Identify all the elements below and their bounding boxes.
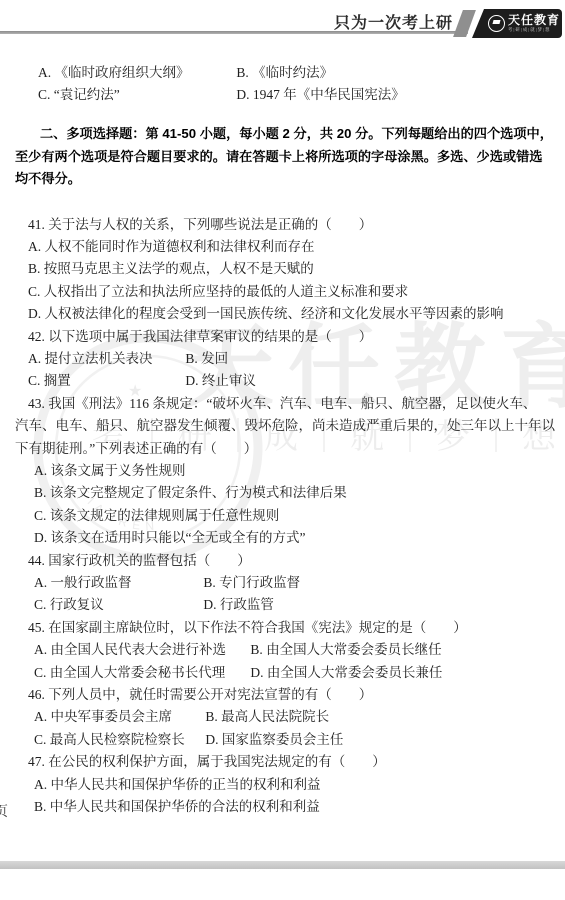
option-row: C. “袁记约法” D. 1947 年《中华民国宪法》 xyxy=(15,84,553,106)
option-d: D. 行政监管 xyxy=(203,597,274,612)
logo-stripe-decoration xyxy=(453,10,476,37)
section-intro-line: 二、多项选择题：第 41-50 小题，每小题 2 分，共 20 分。下列每题给出… xyxy=(15,123,553,145)
option-row: C. 行政复议 D. 行政监管 xyxy=(15,594,553,616)
option-d: D. 终止审议 xyxy=(185,373,256,388)
option-d: D. 人权被法律化的程度会受到一国民族传统、经济和文化发展水平等因素的影响 xyxy=(15,303,553,325)
section-intro-line: 至少有两个选项是符合题目要求的。请在答题卡上将所选项的字母涂黑。多选、少选或错选 xyxy=(15,146,553,168)
option-b: B. 专门行政监督 xyxy=(203,575,300,590)
bottom-divider-bar xyxy=(0,861,565,869)
header-slogan: 只为一次考上研 xyxy=(334,10,453,33)
question-stem: 41. 关于法与人权的关系，下列哪些说法是正确的（ ） xyxy=(15,214,553,236)
option-d: D. 国家监察委员会主任 xyxy=(205,732,343,747)
question-46: 46. 下列人员中，就任时需要公开对宪法宣誓的有（ ） A. 中央军事委员会主席… xyxy=(15,684,553,751)
option-b: B. 该条文完整规定了假定条件、行为模式和法律后果 xyxy=(15,482,553,504)
question-41: 41. 关于法与人权的关系，下列哪些说法是正确的（ ） A. 人权不能同时作为道… xyxy=(15,214,553,326)
option-c: C. “袁记约法” xyxy=(38,84,233,106)
option-a: A. 提付立法机关表决 xyxy=(28,348,182,370)
option-a: A. 中央军事委员会主席 xyxy=(34,706,202,728)
logo-emblem-icon xyxy=(488,15,505,32)
option-c: C. 由全国人大常委会秘书长代理 xyxy=(34,662,247,684)
question-stem-line: 下有期徒刑。”下列表述正确的有（ ） xyxy=(15,438,553,460)
option-row: C. 由全国人大常委会秘书长代理 D. 由全国人大常委会委员长兼任 xyxy=(15,662,553,684)
option-a: A. 该条文属于义务性规则 xyxy=(15,460,553,482)
section-intro: 二、多项选择题：第 41-50 小题，每小题 2 分，共 20 分。下列每题给出… xyxy=(15,123,553,190)
question-42: 42. 以下选项中属于我国法律草案审议的结果的是（ ） A. 提付立法机关表决 … xyxy=(15,326,553,393)
option-row: A. 一般行政监督 B. 专门行政监督 xyxy=(15,572,553,594)
question-stem: 44. 国家行政机关的监督包括（ ） xyxy=(15,550,553,572)
question-stem: 45. 在国家副主席缺位时，以下作法不符合我国《宪法》规定的是（ ） xyxy=(15,617,553,639)
option-row: A. 中央军事委员会主席 B. 最高人民法院院长 xyxy=(15,706,553,728)
option-a: A. 由全国人民代表大会进行补选 xyxy=(34,639,247,661)
question-stem: 42. 以下选项中属于我国法律草案审议的结果的是（ ） xyxy=(15,326,553,348)
question-45: 45. 在国家副主席缺位时，以下作法不符合我国《宪法》规定的是（ ） A. 由全… xyxy=(15,617,553,684)
option-d: D. 1947 年《中华民国宪法》 xyxy=(236,87,404,102)
logo-tagline: 考|研|成|就|梦|想 xyxy=(508,28,560,33)
question-stem: 46. 下列人员中，就任时需要公开对宪法宣誓的有（ ） xyxy=(15,684,553,706)
option-row: A. 《临时政府组织大纲》 B. 《临时约法》 xyxy=(15,62,553,84)
option-d: D. 由全国人大常委会委员长兼任 xyxy=(250,665,442,680)
question-stem-line: 汽车、电车、船只、航空器发生倾覆、毁坏危险，尚未造成严重后果的，处三年以上十年以 xyxy=(15,415,553,437)
option-a: A. 一般行政监督 xyxy=(34,572,200,594)
logo-brand-name: 天任教育 xyxy=(508,14,560,26)
question-stem-line: 43. 我国《刑法》116 条规定：“破坏火车、汽车、电车、船只、航空器，足以使… xyxy=(15,393,553,415)
option-a: A. 人权不能同时作为道德权利和法律权利而存在 xyxy=(15,236,553,258)
option-a: A. 《临时政府组织大纲》 xyxy=(38,62,233,84)
brand-logo: 天任教育 考|研|成|就|梦|想 xyxy=(472,9,562,38)
page-number-label: 页 xyxy=(0,801,8,821)
question-44: 44. 国家行政机关的监督包括（ ） A. 一般行政监督 B. 专门行政监督 C… xyxy=(15,550,553,617)
section-intro-line: 均不得分。 xyxy=(15,168,553,190)
option-row: C. 最高人民检察院检察长 D. 国家监察委员会主任 xyxy=(15,729,553,751)
option-c: C. 人权指出了立法和执法所应坚持的最低的人道主义标准和要求 xyxy=(15,281,553,303)
option-b: B. 中华人民共和国保护华侨的合法的权利和利益 xyxy=(15,796,553,818)
option-c: C. 行政复议 xyxy=(34,594,200,616)
option-b: B. 发回 xyxy=(185,351,228,366)
option-b: B. 按照马克思主义法学的观点，人权不是天赋的 xyxy=(15,258,553,280)
document-body: A. 《临时政府组织大纲》 B. 《临时约法》 C. “袁记约法” D. 194… xyxy=(15,62,553,819)
option-row: C. 搁置 D. 终止审议 xyxy=(15,370,553,392)
option-d: D. 该条文在适用时只能以“全无或全有的方式” xyxy=(15,527,553,549)
option-c: C. 该条文规定的法律规则属于任意性规则 xyxy=(15,505,553,527)
option-b: B. 最高人民法院院长 xyxy=(205,709,329,724)
option-row: A. 由全国人民代表大会进行补选 B. 由全国人大常委会委员长继任 xyxy=(15,639,553,661)
option-b: B. 《临时约法》 xyxy=(236,65,333,80)
option-c: C. 搁置 xyxy=(28,370,182,392)
question-47: 47. 在公民的权利保护方面，属于我国宪法规定的有（ ） A. 中华人民共和国保… xyxy=(15,751,553,818)
option-b: B. 由全国人大常委会委员长继任 xyxy=(250,642,441,657)
header-divider xyxy=(0,31,468,34)
option-c: C. 最高人民检察院检察长 xyxy=(34,729,202,751)
option-row: A. 提付立法机关表决 B. 发回 xyxy=(15,348,553,370)
page-header: 只为一次考上研 天任教育 考|研|成|就|梦|想 xyxy=(0,0,565,45)
question-43: 43. 我国《刑法》116 条规定：“破坏火车、汽车、电车、船只、航空器，足以使… xyxy=(15,393,553,550)
question-stem: 47. 在公民的权利保护方面，属于我国宪法规定的有（ ） xyxy=(15,751,553,773)
option-a: A. 中华人民共和国保护华侨的正当的权利和利益 xyxy=(15,774,553,796)
